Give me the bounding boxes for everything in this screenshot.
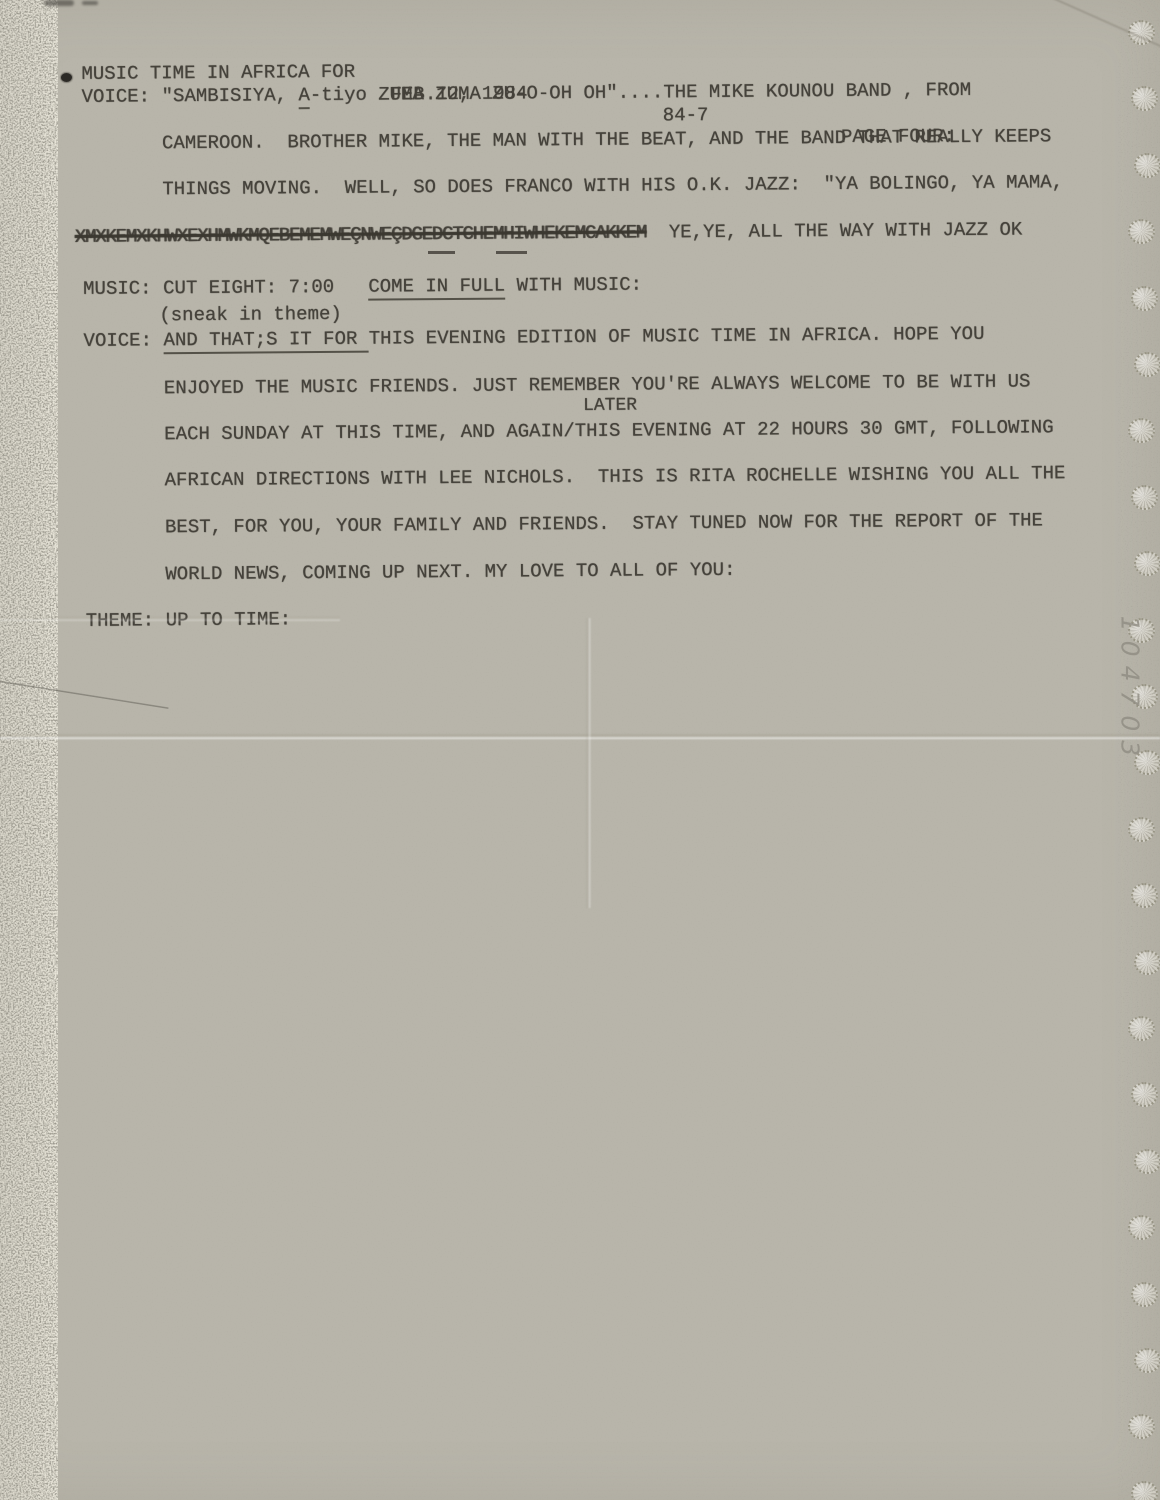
punch-hole (1131, 1282, 1158, 1307)
text-segment: -tiyo ZUMA ZUMA ZU-O-OH OH"....THE MIKE … (310, 79, 971, 106)
stage-direction: (sneak in theme) (159, 303, 342, 327)
cue-label: VOICE: (82, 85, 151, 109)
punch-hole (1131, 883, 1158, 908)
header-code: 84-7 (663, 104, 709, 127)
overtype-underline-mark (428, 251, 455, 254)
punch-hole (1134, 1149, 1160, 1174)
overtype-underline-mark (496, 251, 527, 254)
text-segment: THIS EVENING EDITION OF MUSIC TIME IN AF… (369, 323, 985, 350)
text-segment: LATER (583, 396, 637, 416)
punch-hole (1128, 1215, 1155, 1240)
text-segment: A (298, 84, 310, 109)
text-segment: WITH MUSIC: (505, 274, 642, 297)
punch-hole (1134, 950, 1160, 975)
line-text: WORLD NEWS, COMING UP NEXT. MY LOVE TO A… (165, 559, 735, 586)
line-text: CAMEROON. BROTHER MIKE, THE MAN WITH THE… (162, 125, 1052, 155)
ink-dot (61, 73, 72, 82)
typewritten-text-layer: MUSIC TIME IN AFRICA FOR FEB.12, 1984 84… (0, 0, 1160, 1500)
line-text: AFRICAN DIRECTIONS WITH LEE NICHOLS. THI… (165, 462, 1066, 492)
punch-hole (1128, 817, 1155, 842)
text-segment: BEST, FOR YOU, YOUR FAMILY AND FRIENDS. … (165, 509, 1043, 538)
text-segment: THINGS MOVING. WELL, SO DOES FRANCO WITH… (162, 171, 1063, 200)
punch-hole (1131, 1481, 1158, 1500)
line-text: CUT EIGHT: 7:00 COME IN FULL WITH MUSIC: (163, 274, 642, 301)
cue-label: MUSIC: (83, 277, 152, 301)
page-header: MUSIC TIME IN AFRICA FOR FEB.12, 1984 84… (0, 31, 1157, 64)
text-segment: AFRICAN DIRECTIONS WITH LEE NICHOLS. THI… (165, 462, 1066, 491)
text-segment: CUT EIGHT: 7:00 (163, 276, 368, 300)
punch-hole (1134, 551, 1160, 576)
text-segment: CAMEROON. BROTHER MIKE, THE MAN WITH THE… (162, 125, 1052, 154)
scanned-script-page: MUSIC TIME IN AFRICA FOR FEB.12, 1984 84… (0, 0, 1160, 1500)
punch-hole (1128, 1016, 1155, 1041)
cue-label: VOICE: (83, 329, 152, 353)
header-title: MUSIC TIME IN AFRICA FOR (81, 61, 355, 86)
crossed-out-text: XMXKEMXKHWXEXHMWKMQEBEMEMWEÇNWEÇDGEDCTCH… (75, 221, 646, 247)
scan-edge-smudge (82, 1, 98, 5)
inserted-word: LATER (583, 395, 637, 418)
script-line: AFRICAN DIRECTIONS WITH LEE NICHOLS. THI… (1, 461, 1160, 494)
punch-hole (1131, 485, 1158, 510)
line-text: BEST, FOR YOU, YOUR FAMILY AND FRIENDS. … (165, 509, 1043, 539)
fold-crease-horizontal (0, 733, 1160, 740)
script-line: BEST, FOR YOU, YOUR FAMILY AND FRIENDS. … (1, 508, 1160, 541)
text-segment: WORLD NEWS, COMING UP NEXT. MY LOVE TO A… (165, 559, 735, 585)
script-line: WORLD NEWS, COMING UP NEXT. MY LOVE TO A… (1, 555, 1160, 588)
fold-crease-vertical (585, 618, 591, 908)
text-segment: COME IN FULL (368, 275, 505, 301)
text-segment: (sneak in theme) (159, 303, 342, 326)
text-segment: "SAMBISIYA, (162, 84, 299, 107)
text-segment: AND THAT;S IT FOR (163, 328, 368, 355)
line-text: XMXKEMXKHWXEXHMWKMQEBEMEMWEÇNWEÇDGEDCTCH… (75, 219, 1023, 249)
line-text: THINGS MOVING. WELL, SO DOES FRANCO WITH… (162, 171, 1063, 201)
text-segment: YE,YE, ALL THE WAY WITH JAZZ OK (646, 219, 1022, 244)
handwritten-number: 104703 (1116, 581, 1145, 801)
script-line: XMXKEMXKHWXEXHMWKMQEBEMEMWEÇNWEÇDGEDCTCH… (0, 217, 1159, 250)
punch-hole (1134, 352, 1160, 377)
scan-edge-smudge (44, 0, 74, 6)
script-line: THINGS MOVING. WELL, SO DOES FRANCO WITH… (0, 170, 1158, 203)
script-line: CAMEROON. BROTHER MIKE, THE MAN WITH THE… (0, 124, 1158, 157)
punch-hole (1128, 219, 1155, 244)
punch-hole (1134, 153, 1160, 178)
fold-crease-horizontal-faint (0, 615, 340, 622)
punch-hole (1134, 1348, 1160, 1373)
punch-hole (1131, 286, 1158, 311)
